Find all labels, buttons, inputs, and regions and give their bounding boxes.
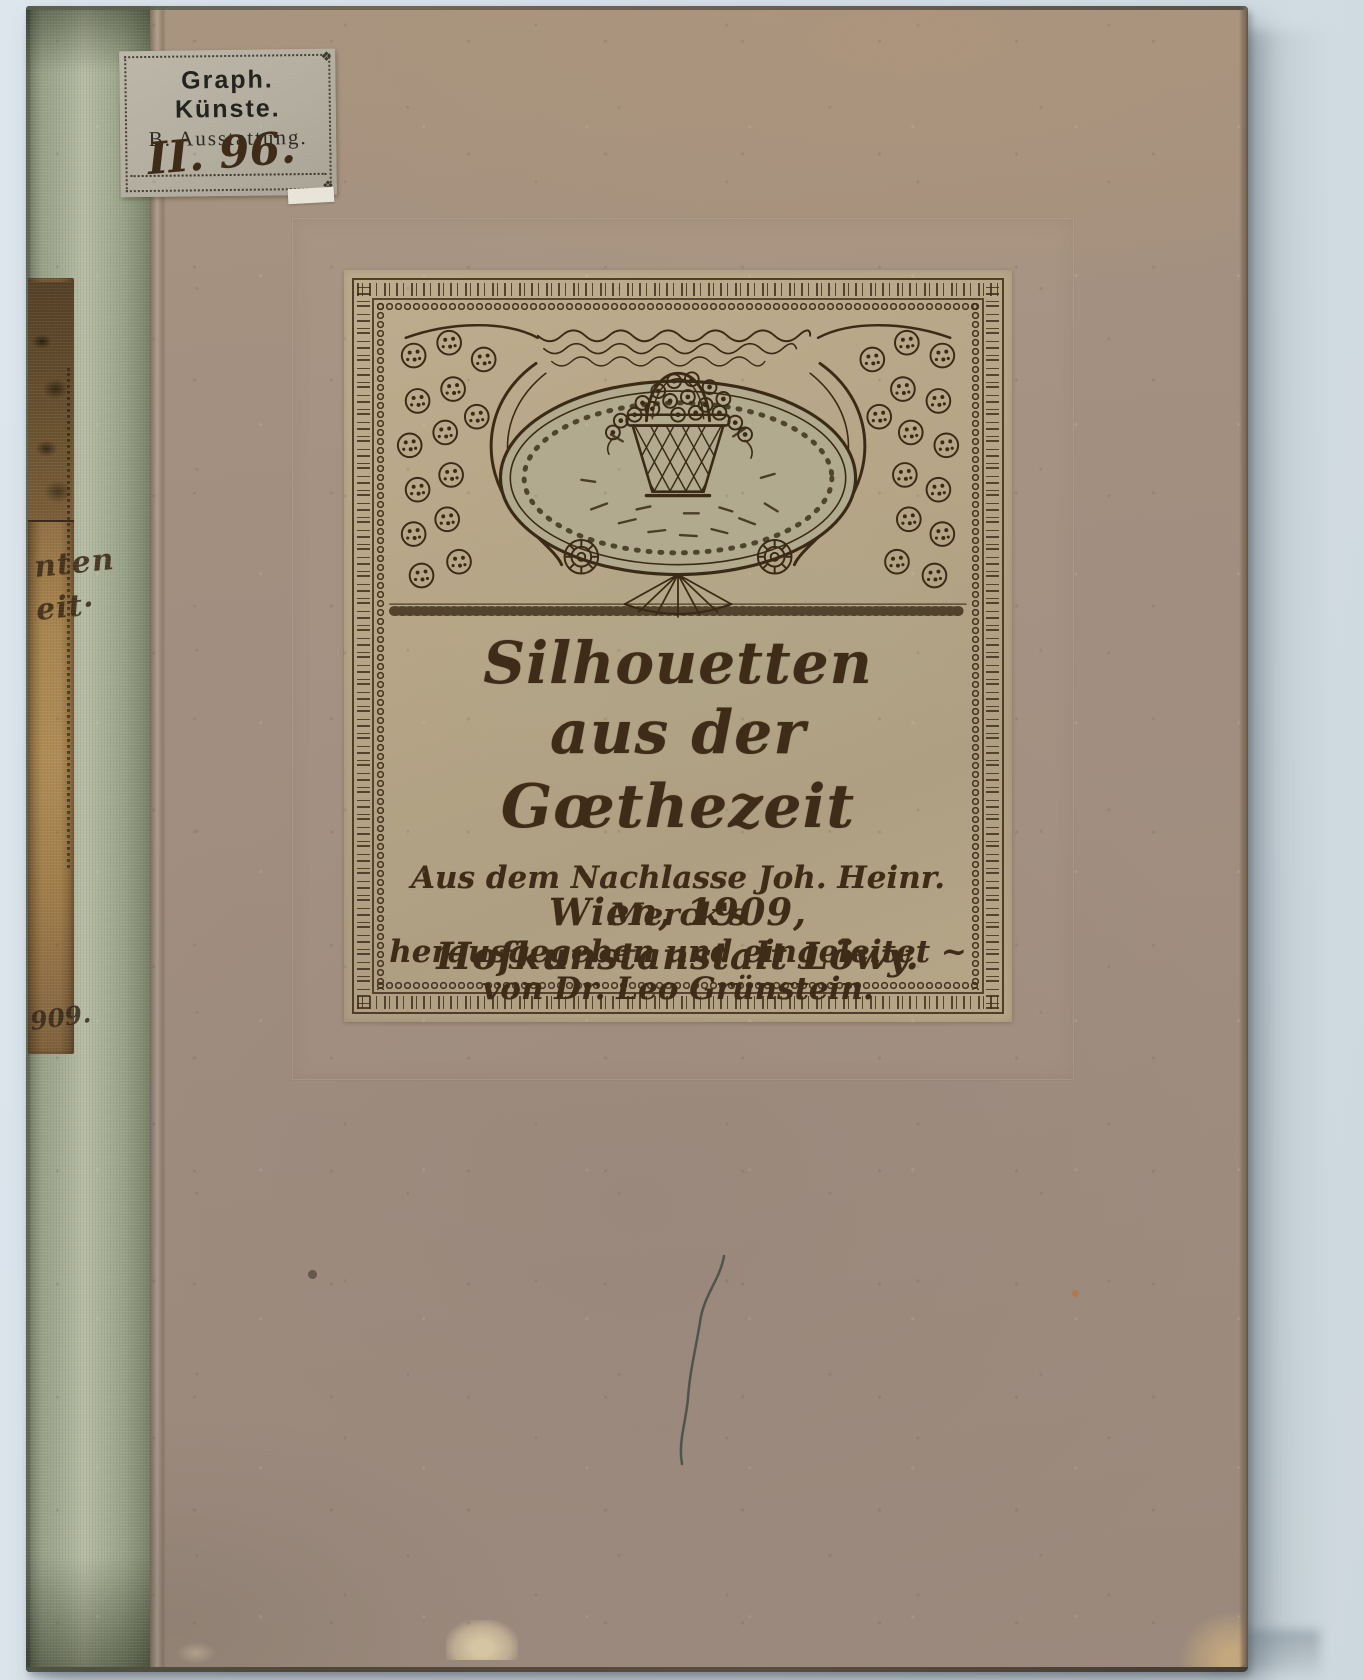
ink-mark	[638, 1250, 758, 1470]
book-title-line1: Silhouetten	[388, 630, 968, 696]
library-classification-label: ❖ ❖ Graph. Künste. B. Ausstattung. II. 9…	[119, 49, 337, 198]
spine-title-fragment-bottom: eit·	[34, 587, 96, 628]
board-edge-top	[26, 6, 1248, 10]
beaded-border-left	[376, 302, 385, 990]
torn-paper-scrap	[288, 187, 335, 204]
book-title-line2: aus der Gœthezeit	[388, 696, 968, 844]
board-edge-right	[1239, 6, 1248, 1672]
tick-border-left	[357, 283, 370, 1009]
worn-edge-chip-small	[176, 1642, 216, 1664]
spine-year-fragment: 909.	[28, 999, 92, 1036]
spine-label-border-decoration	[67, 368, 70, 868]
rust-speck	[1072, 1290, 1079, 1297]
label-content: .d{fill:#3a2a16;stroke:none;} Silhouette…	[388, 314, 968, 978]
tick-border-right	[986, 283, 999, 1009]
spine-label-remnant: nten eit· 909.	[28, 278, 74, 1054]
beaded-border-right	[971, 302, 980, 990]
flower-basket-ornament: .d{fill:#3a2a16;stroke:none;}	[388, 314, 968, 620]
spine-title-fragment-top: nten	[32, 542, 116, 585]
spine-label-worn-ornament	[28, 282, 74, 522]
tick-border-top	[357, 283, 999, 296]
dark-speck	[308, 1270, 317, 1279]
beaded-border-top	[376, 302, 980, 311]
book-spine-cloth: nten eit· 909.	[26, 6, 150, 1672]
printed-title-label: .d{fill:#3a2a16;stroke:none;} Silhouette…	[344, 270, 1012, 1022]
book-front-cover: nten eit· 909. ❖ ❖ Graph. Künste. B. Aus…	[26, 6, 1248, 1672]
printers-flower-icon: ❖	[320, 51, 332, 64]
spine-hinge-groove	[150, 6, 166, 1672]
worn-corner	[1180, 1612, 1246, 1668]
imprint-line: Wien, 1909, Hofkunstanstalt Löwy.	[388, 890, 968, 978]
board-edge-bottom	[26, 1667, 1248, 1672]
worn-edge-chip	[446, 1620, 518, 1660]
